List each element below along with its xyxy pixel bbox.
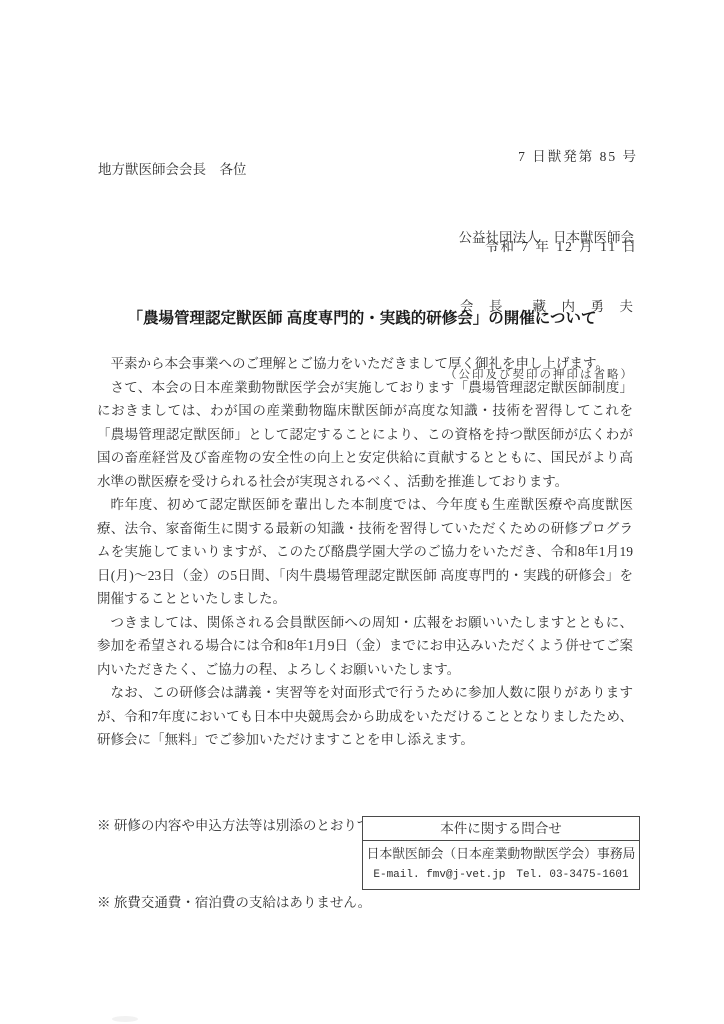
notes-block: ※ 研修の内容や申込方法等は別添のとおりです。 ※ 旅費交通費・宿泊費の支給はあ…	[97, 762, 396, 966]
doc-number: 7 日獣発第 85 号	[485, 142, 638, 172]
contact-box: 本件に関する問合せ 日本獣医師会（日本産業動物獣医学会）事務局 E-mail. …	[362, 816, 640, 890]
addressee: 地方獣医師会会長 各位	[98, 158, 247, 178]
body-paragraph: つきましては、関係される会員獣医師への周知・広報をお願いいたしますとともに、参加…	[97, 611, 633, 682]
body-paragraph: 昨年度、初めて認定獣医師を輩出した本制度では、今年度も生産獣医療や高度獣医療、法…	[97, 493, 633, 611]
note-item: ※ 研修の内容や申込方法等は別添のとおりです。	[97, 813, 396, 839]
body-paragraph: 平素から本会事業へのご理解とご協力をいただきまして厚く御礼を申し上げます。	[97, 352, 633, 376]
letter-page: 7 日獣発第 85 号 令和 7 年 12 月 11 日 地方獣医師会会長 各位…	[0, 0, 724, 1024]
body-paragraph: さて、本会の日本産業動物獣医学会が実施しております「農場管理認定獣医師制度」にお…	[97, 376, 633, 494]
note-item: ※ 旅費交通費・宿泊費の支給はありません。	[97, 890, 396, 916]
contact-title: 本件に関する問合せ	[363, 817, 639, 841]
contact-body: 日本獣医師会（日本産業動物獣医学会）事務局 E-mail. fmv@j-vet.…	[363, 841, 639, 889]
contact-email-tel: E-mail. fmv@j-vet.jp Tel. 03-3475-1601	[363, 865, 639, 885]
scan-artifact	[112, 1016, 138, 1022]
contact-office: 日本獣医師会（日本産業動物獣医学会）事務局	[363, 844, 639, 865]
body-paragraph: なお、この研修会は講義・実習等を対面形式で行うために参加人数に限りがありますが、…	[97, 681, 633, 752]
sender-organization: 公益社団法人 日本獣医師会	[445, 226, 634, 249]
subject-title: 「農場管理認定獣医師 高度専門的・実践的研修会」の開催について	[0, 306, 724, 328]
letter-body: 平素から本会事業へのご理解とご協力をいただきまして厚く御礼を申し上げます。 さて…	[97, 352, 633, 752]
